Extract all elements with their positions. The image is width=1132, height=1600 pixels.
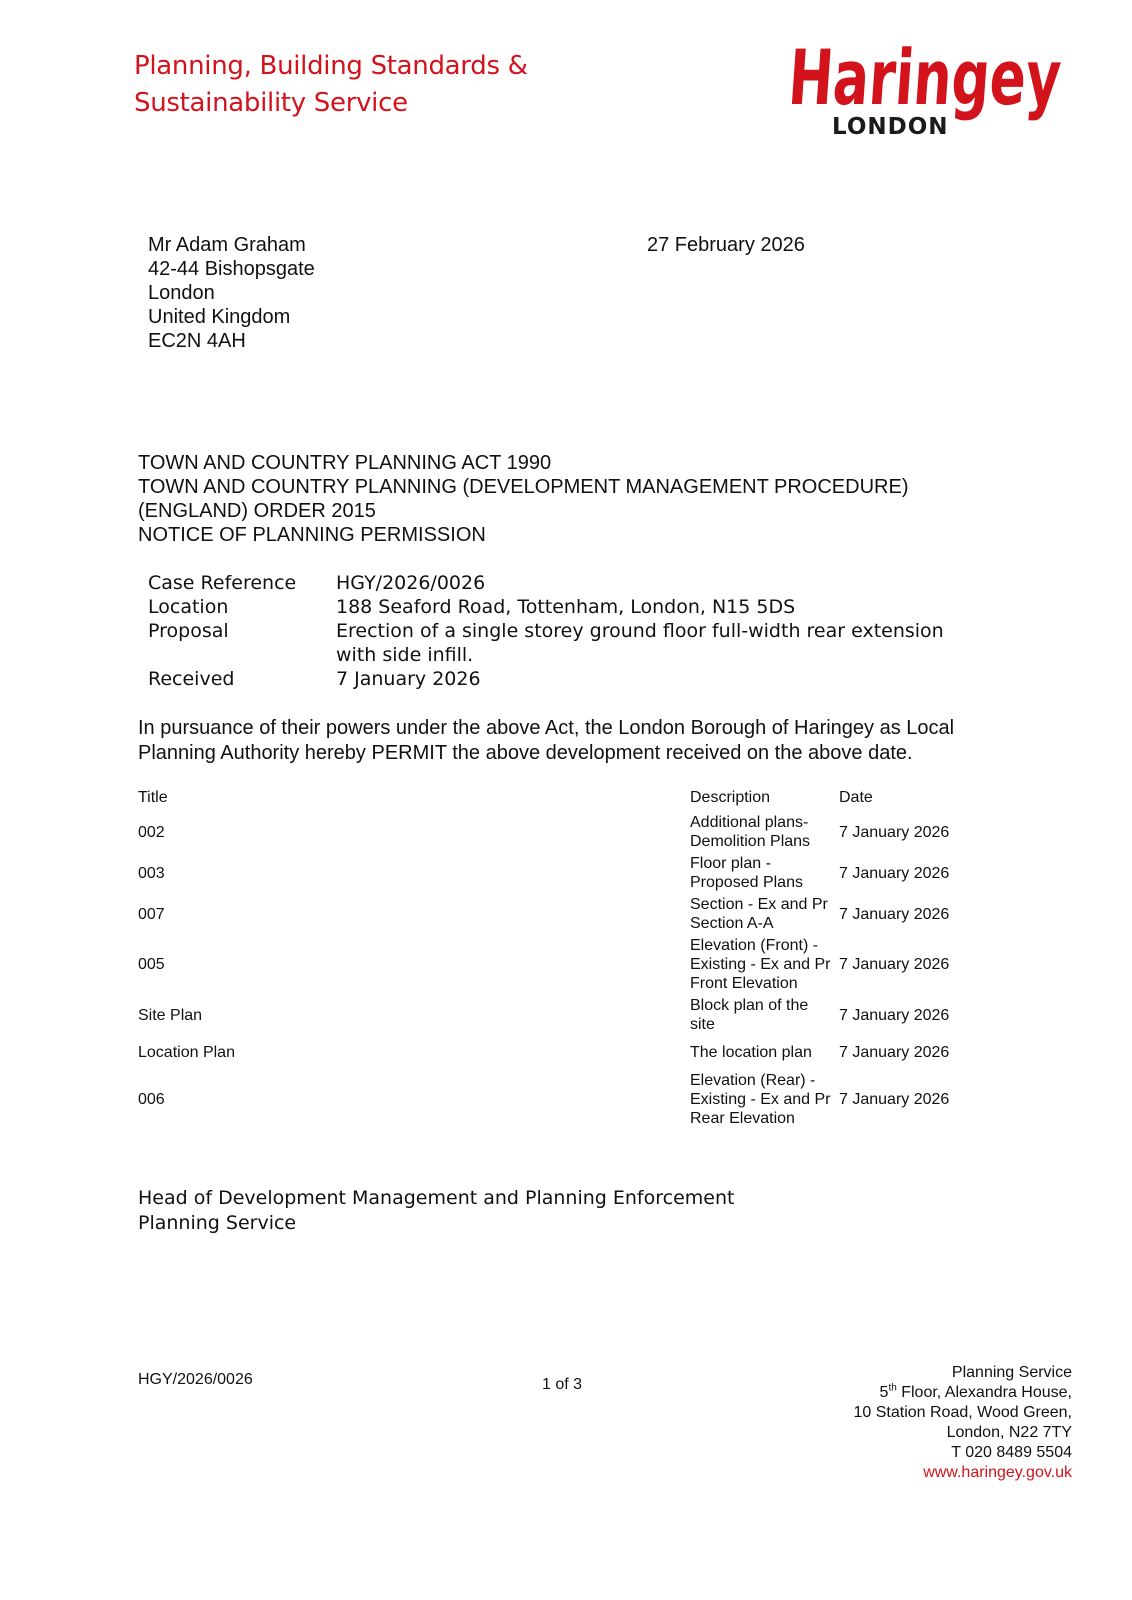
plan-date: 7 January 2026 xyxy=(839,894,979,935)
recipient-postcode: EC2N 4AH xyxy=(148,329,315,353)
case-reference-value: HGY/2026/0026 xyxy=(336,571,986,595)
signoff: Head of Development Management and Plann… xyxy=(138,1186,734,1236)
act-heading: TOWN AND COUNTRY PLANNING ACT 1990 xyxy=(138,451,908,475)
table-header-row: Title Description Date xyxy=(138,786,979,812)
permit-statement: In pursuance of their powers under the a… xyxy=(138,716,1018,766)
proposal-value: Erection of a single storey ground floor… xyxy=(336,619,986,667)
footer-city: London, N22 7TY xyxy=(853,1423,1072,1443)
header-title: Title xyxy=(138,786,690,812)
footer-service: Planning Service xyxy=(853,1363,1072,1383)
header-date: Date xyxy=(839,786,979,812)
table-row: Site Plan Block plan of the site 7 Janua… xyxy=(138,995,979,1036)
location-value: 188 Seaford Road, Tottenham, London, N15… xyxy=(336,595,986,619)
received-value: 7 January 2026 xyxy=(336,667,986,691)
case-reference-label: Case Reference xyxy=(148,571,336,595)
act-heading: TOWN AND COUNTRY PLANNING (DEVELOPMENT M… xyxy=(138,475,908,499)
signoff-role: Head of Development Management and Plann… xyxy=(138,1186,734,1211)
plan-description: Elevation (Rear) - Existing - Ex and Pr … xyxy=(690,1070,839,1130)
signoff-department: Planning Service xyxy=(138,1211,734,1236)
plan-title: 002 xyxy=(138,812,690,853)
location-label: Location xyxy=(148,595,336,619)
footer-address: Planning Service 5th Floor, Alexandra Ho… xyxy=(853,1363,1072,1483)
floor-building: Floor, Alexandra House, xyxy=(897,1384,1072,1401)
footer-phone: T 020 8489 5504 xyxy=(853,1443,1072,1463)
plan-date: 7 January 2026 xyxy=(839,812,979,853)
received-row: Received 7 January 2026 xyxy=(148,667,986,691)
recipient-street: 42-44 Bishopsgate xyxy=(148,257,315,281)
plan-date: 7 January 2026 xyxy=(839,935,979,995)
recipient-address: Mr Adam Graham 42-44 Bishopsgate London … xyxy=(148,233,315,353)
plan-title: 007 xyxy=(138,894,690,935)
recipient-name: Mr Adam Graham xyxy=(148,233,315,257)
received-label: Received xyxy=(148,667,336,691)
notice-title: NOTICE OF PLANNING PERMISSION xyxy=(138,523,908,547)
plan-description: The location plan xyxy=(690,1036,839,1070)
plan-description: Additional plans-Demolition Plans xyxy=(690,812,839,853)
plan-date: 7 January 2026 xyxy=(839,1070,979,1130)
plan-title: 006 xyxy=(138,1070,690,1130)
table-row: Location Plan The location plan 7 Januar… xyxy=(138,1036,979,1070)
plan-description: Floor plan - Proposed Plans xyxy=(690,853,839,894)
case-reference-row: Case Reference HGY/2026/0026 xyxy=(148,571,986,595)
act-heading: (ENGLAND) ORDER 2015 xyxy=(138,499,908,523)
table-row: 003 Floor plan - Proposed Plans 7 Januar… xyxy=(138,853,979,894)
footer-case-reference: HGY/2026/0026 xyxy=(138,1370,253,1390)
table-row: 005 Elevation (Front) - Existing - Ex an… xyxy=(138,935,979,995)
service-title: Planning, Building Standards & Sustainab… xyxy=(134,48,528,122)
service-title-line: Sustainability Service xyxy=(134,85,528,122)
plan-description: Elevation (Front) - Existing - Ex and Pr… xyxy=(690,935,839,995)
floor-suffix: th xyxy=(888,1383,896,1394)
plan-date: 7 January 2026 xyxy=(839,853,979,894)
act-headings: TOWN AND COUNTRY PLANNING ACT 1990 TOWN … xyxy=(138,451,908,547)
recipient-city: London xyxy=(148,281,315,305)
proposal-label: Proposal xyxy=(148,619,336,667)
footer-street: 10 Station Road, Wood Green, xyxy=(853,1403,1072,1423)
plan-description: Block plan of the site xyxy=(690,995,839,1036)
plan-description: Section - Ex and Pr Section A-A xyxy=(690,894,839,935)
footer-floor: 5th Floor, Alexandra House, xyxy=(853,1383,1072,1403)
plan-date: 7 January 2026 xyxy=(839,1036,979,1070)
letter-date: 27 February 2026 xyxy=(647,233,805,257)
approved-plans-table: Title Description Date 002 Additional pl… xyxy=(138,786,979,1130)
case-details: Case Reference HGY/2026/0026 Location 18… xyxy=(148,571,986,691)
footer-website-link[interactable]: www.haringey.gov.uk xyxy=(853,1463,1072,1483)
plan-date: 7 January 2026 xyxy=(839,995,979,1036)
plan-title: 005 xyxy=(138,935,690,995)
proposal-row: Proposal Erection of a single storey gro… xyxy=(148,619,986,667)
page-number: 1 of 3 xyxy=(542,1375,582,1395)
table-row: 002 Additional plans-Demolition Plans 7 … xyxy=(138,812,979,853)
table-row: 006 Elevation (Rear) - Existing - Ex and… xyxy=(138,1070,979,1130)
logo-wordmark: Haringey xyxy=(786,33,1064,122)
table-row: 007 Section - Ex and Pr Section A-A 7 Ja… xyxy=(138,894,979,935)
plan-title: Location Plan xyxy=(138,1036,690,1070)
haringey-logo: Haringey LONDON xyxy=(786,32,1066,142)
logo-london: LONDON xyxy=(832,114,949,140)
header-description: Description xyxy=(690,786,839,812)
location-row: Location 188 Seaford Road, Tottenham, Lo… xyxy=(148,595,986,619)
plan-title: Site Plan xyxy=(138,995,690,1036)
recipient-country: United Kingdom xyxy=(148,305,315,329)
service-title-line: Planning, Building Standards & xyxy=(134,48,528,85)
plan-title: 003 xyxy=(138,853,690,894)
